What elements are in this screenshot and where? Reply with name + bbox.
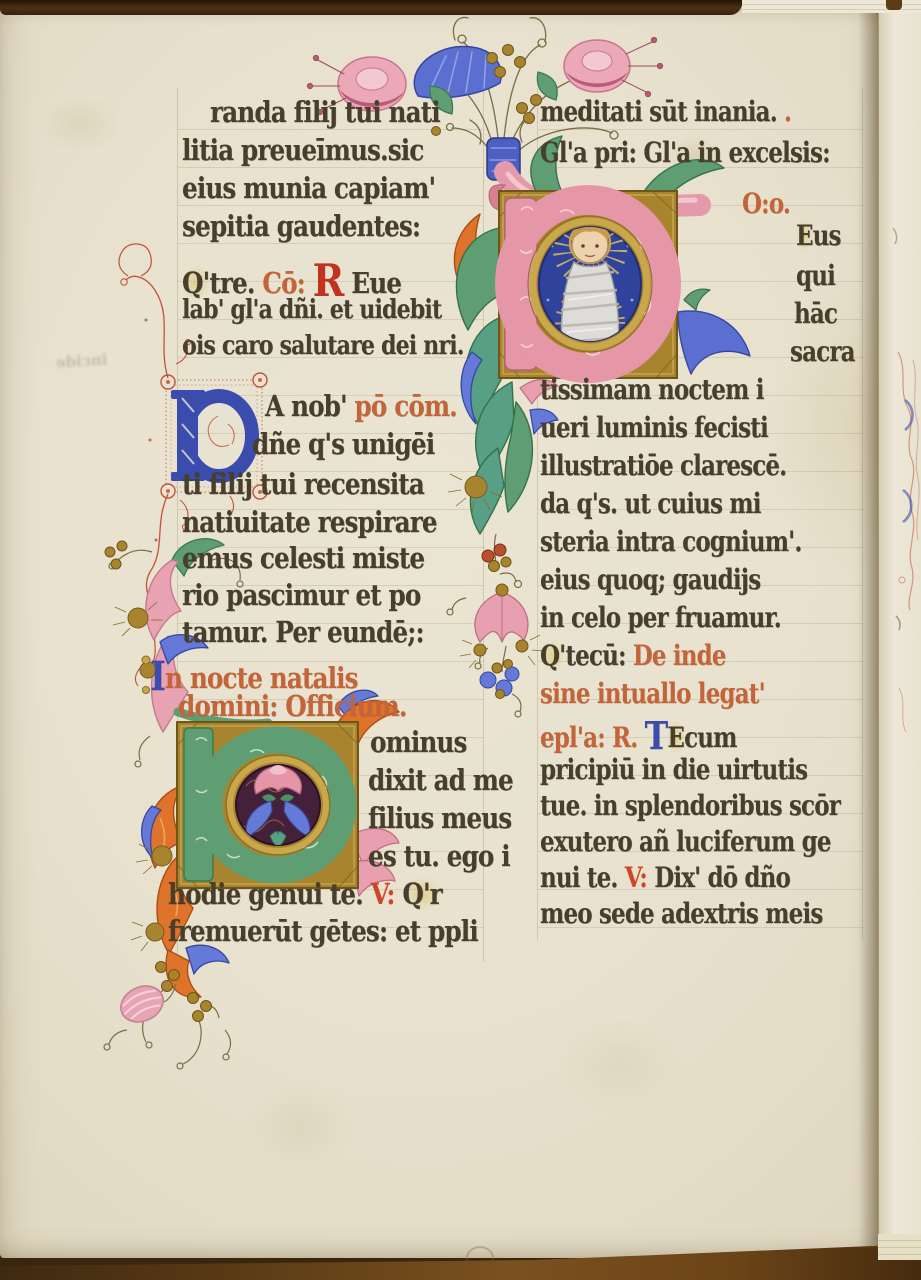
text-segment: Gl'a pri: Gl'a in excelsis: [540, 136, 830, 169]
text-segment: exutero añ luciferum ge [540, 825, 831, 858]
text-line-left-22: fremuerūt gētes: et ppli [168, 917, 478, 946]
ruling-vertical [177, 88, 178, 962]
text-segment: sine intuallo legat' [540, 677, 765, 710]
show-through-text: incide [55, 350, 108, 372]
text-line-left-6: lab' gl'a dñi. et uidebit [182, 297, 441, 323]
text-segment: dñe q's unigēi [252, 427, 434, 461]
text-segment: tecū: [565, 639, 632, 672]
text-line-right-15: Q'tecū: De inde [540, 642, 726, 670]
text-line-left-19: filius meus [368, 804, 511, 833]
text-line-left-21: hodie genui te. V: Q'r [168, 880, 442, 909]
text-line-right-11: da q's. ut cuius mi [540, 490, 761, 518]
text-segment: tamur. Per eundē;: [182, 615, 424, 649]
text-line-left-7: ois caro salutare dei nri. [182, 333, 464, 359]
text-segment: natiuitate respirare [182, 505, 437, 539]
text-line-left-18: dixit ad me [368, 766, 513, 795]
text-segment: eius munia capiam' [182, 171, 435, 205]
text-line-right-14: in celo per fruamur. [540, 604, 781, 632]
text-segment: meo sede adextris meis [540, 897, 822, 930]
text-segment: steria intra cognium'. [540, 525, 802, 558]
text-segment: sepitia gaudentes: [182, 209, 420, 243]
text-segment: E [796, 219, 813, 252]
text-segment: cum [684, 721, 737, 754]
text-segment: Q'r [402, 877, 441, 911]
text-segment: ominus [370, 725, 467, 759]
text-segment: us [813, 219, 841, 252]
text-segment: eius quoq; gaudijs [540, 563, 760, 596]
text-segment: De inde [633, 639, 726, 672]
text-segment: filius meus [368, 801, 511, 835]
text-segment: hāc [794, 297, 837, 330]
text-segment: dixit ad me [368, 763, 513, 797]
text-line-right-10: illustratiōe clarescē. [540, 452, 786, 480]
text-segment: da q's. ut cuius mi [540, 487, 761, 520]
text-line-left-8: A nob' pō cōm. [265, 392, 457, 421]
text-line-right-2: Gl'a pri: Gl'a in excelsis: [540, 139, 830, 167]
text-line-left-12: emus celesti miste [182, 544, 424, 573]
text-segment: sacra [790, 335, 855, 368]
text-segment: A nob' [265, 389, 354, 423]
text-line-left-2: litia preueīmus.sic [182, 136, 423, 165]
text-line-left-16: domini: Officium. [178, 692, 407, 721]
text-segment: meditati sūt inania. [540, 95, 777, 128]
text-segment: V: [625, 861, 655, 894]
text-segment: randa filij tui nati [210, 95, 440, 129]
text-segment: O:o. [742, 187, 790, 220]
text-segment: I [150, 653, 165, 700]
text-segment: tissimam noctem i [540, 373, 764, 406]
text-line-left-17: ominus [370, 728, 467, 757]
text-segment: fremuerūt gētes: et ppli [168, 914, 478, 948]
text-line-left-9: dñe q's unigēi [252, 430, 434, 459]
text-line-right-17: epl'a: R. TEcum [540, 716, 737, 755]
wood-binding-top [0, 0, 742, 15]
text-line-right-6: hāc [794, 300, 837, 328]
text-segment: in celo per fruamur. [540, 601, 781, 634]
text-segment: Q' [540, 639, 565, 672]
text-line-right-16: sine intuallo legat' [540, 680, 765, 708]
text-segment: pricipiū in die uirtutis [540, 753, 807, 786]
text-line-left-11: natiuitate respirare [182, 508, 437, 537]
gutter-shadow [858, 10, 879, 1248]
text-line-left-4: sepitia gaudentes: [182, 212, 420, 241]
next-folio-edge [878, 10, 921, 1248]
text-segment: domini: Officium. [178, 689, 407, 723]
wood-sliver [886, 0, 902, 10]
text-line-left-1: randa filij tui nati [210, 98, 440, 127]
text-line-right-18: pricipiū in die uirtutis [540, 756, 807, 784]
text-segment: ti filij tui recensita [182, 467, 424, 501]
text-segment: . [777, 95, 791, 128]
text-line-left-14: tamur. Per eundē;: [182, 618, 424, 647]
text-line-right-1: meditati sūt inania. . [540, 98, 791, 126]
text-segment: illustratiōe clarescē. [540, 449, 786, 482]
text-segment: litia preueīmus.sic [182, 133, 423, 167]
text-line-right-21: nui te. V: Dix' dō dño [540, 864, 790, 892]
text-segment: ueri luminis fecisti [540, 411, 768, 444]
text-line-right-9: ueri luminis fecisti [540, 414, 768, 442]
text-segment: hodie genui te. [168, 877, 371, 911]
text-line-right-20: exutero añ luciferum ge [540, 828, 831, 856]
text-line-left-20: es tu. ego i [368, 842, 510, 871]
page-edges-bottom [878, 1234, 921, 1260]
text-segment: ois caro salutare dei nri. [182, 331, 464, 361]
text-segment: Dix' dō dño [654, 861, 790, 894]
ruling-vertical [537, 88, 538, 940]
text-segment: tue. in splendoribus scōr [540, 789, 840, 822]
text-segment: V: [371, 877, 403, 911]
text-line-right-7: sacra [790, 338, 855, 366]
text-line-right-13: eius quoq; gaudijs [540, 566, 760, 594]
text-line-right-8: tissimam noctem i [540, 376, 764, 404]
text-segment: lab' gl'a dñi. et uidebit [182, 295, 441, 325]
text-segment: pō cōm. [354, 389, 456, 423]
manuscript-photo: incide [0, 0, 921, 1280]
text-segment: E [667, 721, 684, 754]
text-segment: qui [796, 259, 835, 292]
text-segment: emus celesti miste [182, 541, 424, 575]
text-line-right-22: meo sede adextris meis [540, 900, 822, 928]
text-line-left-3: eius munia capiam' [182, 174, 435, 203]
text-line-left-10: ti filij tui recensita [182, 470, 424, 499]
text-line-right-19: tue. in splendoribus scōr [540, 792, 840, 820]
text-segment: es tu. ego i [368, 839, 510, 873]
text-line-left-13: rio pascimur et po [182, 581, 420, 610]
text-line-right-4: Eus [796, 222, 841, 250]
text-segment: rio pascimur et po [182, 578, 420, 612]
text-line-right-12: steria intra cognium'. [540, 528, 802, 556]
text-line-right-3: O:o. [742, 190, 790, 218]
text-line-right-5: qui [796, 262, 835, 290]
text-segment: epl'a: R. [540, 721, 645, 754]
text-segment: nui te. [540, 861, 625, 894]
